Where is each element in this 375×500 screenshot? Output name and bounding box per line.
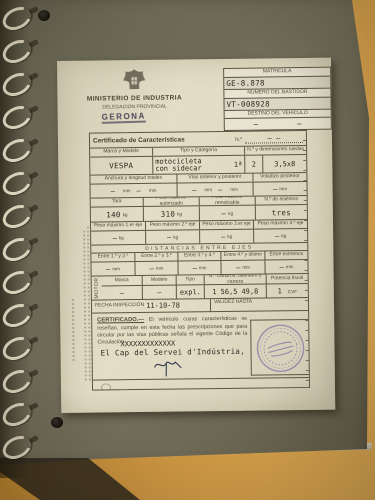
number-label: N.º [235,137,242,143]
value-peso-eje4: – [275,232,279,240]
unit-kg: kg [228,210,233,215]
value-entre-3-4: – [193,264,197,272]
header-vias: Vías anterior y posterior [176,174,252,183]
unit-kg: kg [227,234,232,239]
unit-mm: mm [242,265,250,270]
ministry-name: MINISTERIO DE INDUSTRIA [71,94,197,103]
certification-label: CERTIFICADO.— [97,317,144,324]
fecha-inspeccion-label: FECHA INSPECCIÓN [95,303,144,309]
unit-mm: mm [230,187,238,192]
punch-hole-bottom [51,417,63,428]
table-bottom-strip [93,377,309,391]
value-longitud: – [137,186,141,194]
unit-mm: mm [149,188,157,193]
header-entre-extremos: Entre extremos [264,251,307,260]
handwritten-signature [152,355,188,378]
value-tara: 140 [106,210,121,219]
stamp-box [250,319,309,376]
header-asientos: N.º de asientos [255,196,307,205]
value-ruedas-dim: 3,5x8 [262,155,306,173]
value-anchura: – [111,187,115,195]
value-entre-extremos: – [280,263,284,271]
value-carrera: 49,8 [241,288,258,296]
value-peso-eje3: – [221,232,225,240]
province-stamp: GERONA [102,112,146,124]
header-marca-modelo: Marca y Modelo [90,148,152,157]
motor-section-label: MOTOR [92,276,102,299]
value-motor-tipo: expl. [176,285,204,299]
value-marca: VESPA [90,157,152,175]
header-potencia-fiscal: Potencia fiscal [266,274,308,284]
header-anchura-longitud: Anchura y longitud totales [90,175,176,184]
delegation-subtitle: DELEGACION PROVINCIAL [72,103,198,111]
value-entre-2-3: – [150,264,154,272]
value-asientos: tres [272,208,291,217]
official-round-stamp [249,317,310,380]
unit-mm: mm [286,264,294,269]
photo-scene: MINISTERIO DE INDUSTRIA DELEGACION PROVI… [0,0,375,500]
number-value: – – [245,134,303,144]
destino-value: – – [225,117,331,130]
header-peso-eje4: Peso máximo 4.º eje [253,220,307,229]
value-entre-4-ultimo: – [236,263,240,271]
header-motor-modelo: Modelo [142,276,176,285]
value-peso-eje1: – [113,234,117,242]
certificate-paper: MINISTERIO DE INDUSTRIA DELEGACION PROVI… [57,58,335,413]
fecha-inspeccion-value: 11-10-78 [146,302,180,310]
coat-of-arms-icon [121,68,147,94]
value-cilindros: 1 [212,288,216,296]
value-peso-eje2: – [167,233,171,241]
header-peso-eje3: Peso máximo 3.er eje [199,221,253,230]
registration-box: MATRICULA GE-8.878 NUMERO DEL BASTIDOR V… [223,67,332,132]
unit-kg: kg [177,211,182,216]
marginal-vertical-print [72,299,75,363]
value-categoria: 1ª [234,160,243,168]
header-peso-autorizado: Peso máximo autorizado [143,197,199,206]
header-tara: Tara [91,198,143,207]
value-peso-autorizado: 310 [161,209,176,218]
marginal-vertical-print [83,231,87,381]
value-diametro: 56,5 [221,288,238,296]
unit-kg: kg [123,212,128,217]
value-ruedas-num: 2 [244,156,262,173]
header-ruedas: N.º y dimensiones ruedas [244,146,306,155]
header-entre-2-3: Entre 2.º y 3.º [134,253,177,262]
unit-kg: kg [281,233,286,238]
header-motor-marca: Marca [102,276,142,285]
header-entre-1-2: Entre 1.º y 2.º [91,253,134,262]
value-entre-1-2: – [106,265,110,273]
unit-cvf: CVF [288,289,297,294]
punch-hole-top [38,10,50,21]
validez-label: VALIDEZ HASTA [214,300,252,306]
unit-kg: kg [119,235,124,240]
form-title: Certificado de Características [93,136,185,144]
header-voladizo: Voladizo posterior [252,173,306,182]
footer-smudge-mark [101,383,111,390]
header-peso-remolcable: Peso máximo remolcable [199,197,255,206]
header-motor-cilindros: N.º cilindros, diámetro y carrera [204,274,266,284]
characteristics-table: Certificado de Características N.º – – M… [89,130,310,391]
value-peso-remolcable: – [221,208,226,217]
unit-mm: mm [199,265,207,270]
value-via-anterior: – [192,186,196,194]
unit-mm: mm [123,188,131,193]
unit-mm: mm [112,266,120,271]
unit-mm: mm [156,266,164,271]
value-motor-marca: – [102,286,142,300]
certification-block: CERTIFICADO.— El vehículo cuyas caracter… [92,310,309,380]
value-motor-modelo: – [142,286,176,300]
header-entre-4-ultimo: Entre 4.º y último [220,251,264,260]
value-potencia: 1 [278,287,282,295]
header-tipo-categoria: Tipo y Categoría [152,147,244,156]
value-tipo: motocicletacon sidecar [155,158,202,173]
header-entre-3-4: Entre 3.º y 4.º [177,252,220,261]
value-voladizo: – [273,185,277,193]
unit-kg: kg [173,235,178,240]
header-peso-eje2: Peso máximo 2.º eje [145,221,199,230]
header-motor-tipo: Tipo [176,275,204,284]
header-peso-eje1: Peso máximo 1.er eje [91,222,145,231]
value-via-posterior: – [218,185,222,193]
unit-mm: mm [204,187,212,192]
unit-mm: mm [279,186,287,191]
